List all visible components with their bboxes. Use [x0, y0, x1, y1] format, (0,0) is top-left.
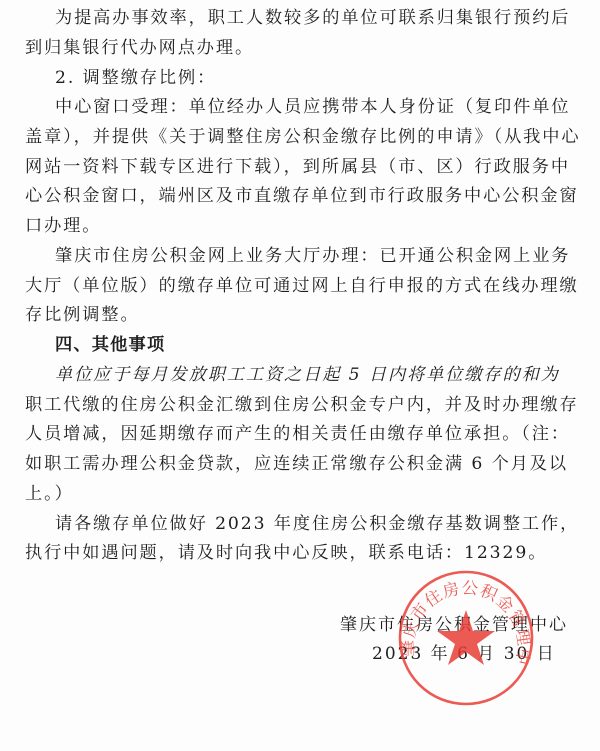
paragraph-line: 到归集银行代办网点办理。: [25, 38, 495, 58]
paragraph-line: 2. 调整缴存比例：: [55, 68, 495, 88]
paragraph-line: 大厅（单位版）的缴存单位可通过网上自行申报的方式在线办理缴: [25, 276, 495, 296]
paragraph-line: 请各缴存单位做好 2023 年度住房公积金缴存基数调整工作，: [55, 514, 495, 534]
paragraph-line: 心公积金窗口，端州区及市直缴存单位到市行政服务中心公积金窗: [25, 186, 495, 206]
paragraph-line: 上。）: [25, 484, 495, 504]
paragraph-line: 执行中如遇问题，请及时向我中心反映，联系电话：12329。: [25, 543, 495, 563]
paragraph-line: 存比例调整。: [25, 305, 495, 325]
paragraph-line: 口办理。: [25, 216, 495, 236]
signature-organization: 肇庆市住房公积金管理中心: [340, 610, 568, 635]
section-heading: 四、其他事项: [55, 335, 495, 355]
paragraph-line: 职工代缴的住房公积金汇缴到住房公积金专户内，并及时办理缴存: [25, 395, 495, 415]
paragraph-line: 如职工需办理公积金贷款，应连续正常缴存公积金满 6 个月及以: [25, 454, 495, 474]
paragraph-line: 为提高办事效率，职工人数较多的单位可联系归集银行预约后: [55, 8, 495, 28]
signature-date: 2023 年 6 月 30 日: [372, 639, 556, 664]
paragraph-line: 盖章），并提供《关于调整住房公积金缴存比例的申请》（从我中心: [25, 127, 495, 147]
paragraph-line: 单位应于每月发放职工工资之日起 5 日内将单位缴存的和为: [55, 365, 495, 385]
paragraph-line: 肇庆市住房公积金网上业务大厅办理：已开通公积金网上业务: [55, 246, 495, 266]
paragraph-line: 人员增减，因延期缴存而产生的相关责任由缴存单位承担。（注：: [25, 424, 495, 444]
official-seal-stamp: 肇庆市住房公积金管理中心: [396, 568, 536, 708]
document-page: 为提高办事效率，职工人数较多的单位可联系归集银行预约后到归集银行代办网点办理。2…: [0, 0, 600, 751]
paragraph-line: 网站一资料下载专区进行下载），到所属县（市、区）行政服务中: [25, 157, 495, 177]
paragraph-line: 中心窗口受理：单位经办人员应携带本人身份证（复印件单位: [55, 97, 495, 117]
